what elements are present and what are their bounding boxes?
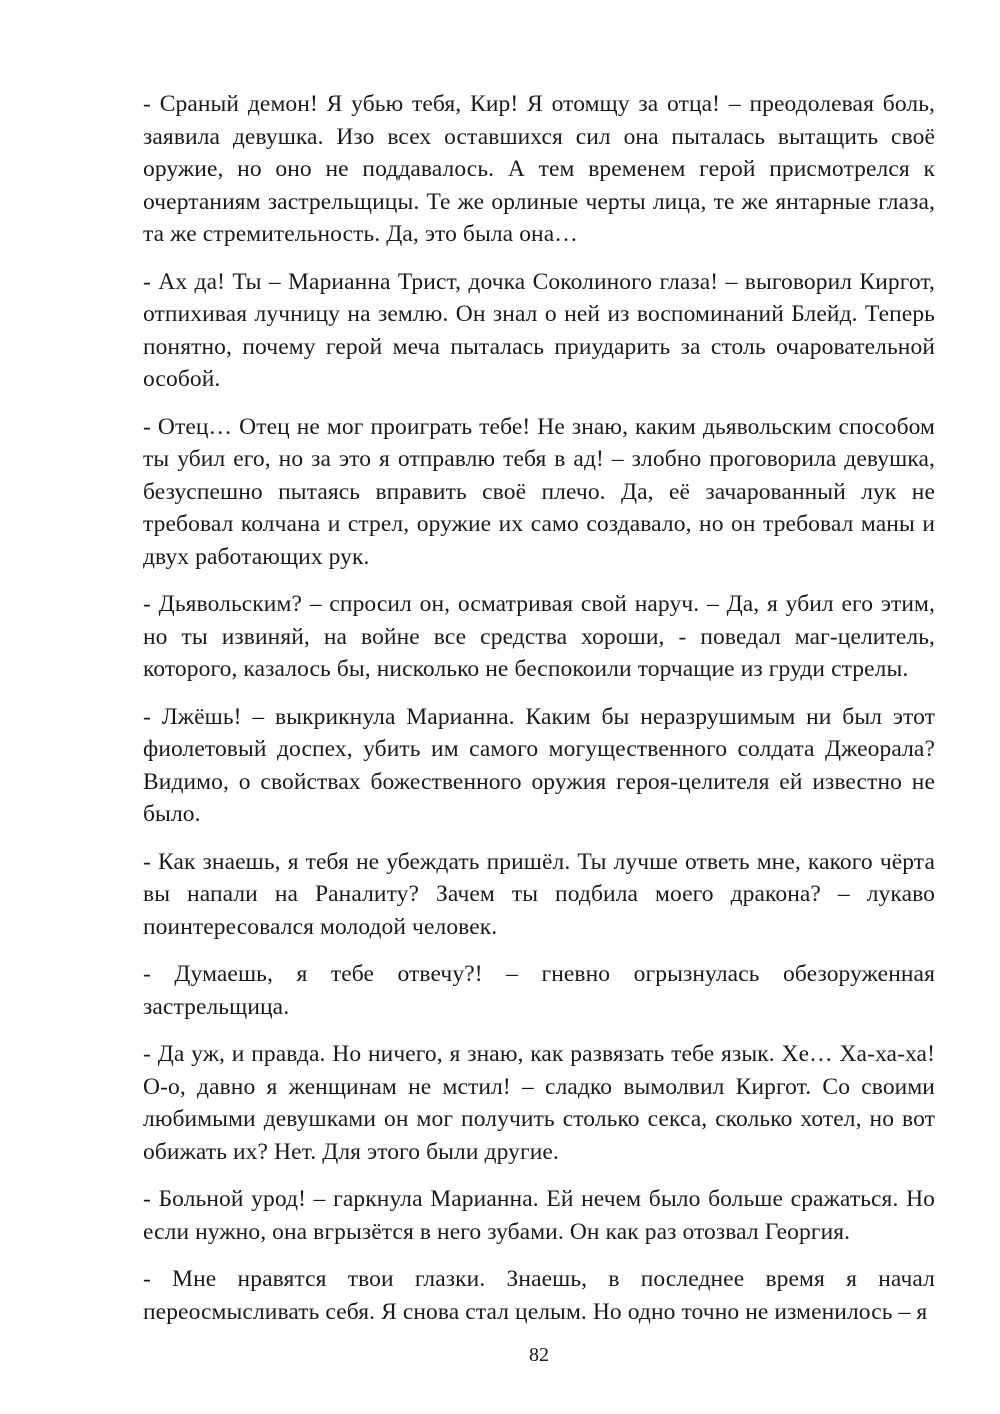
paragraph-10: - Мне нравятся твои глазки. Знаешь, в по…	[143, 1263, 935, 1328]
paragraph-7: - Думаешь, я тебе отвечу?! – гневно огры…	[143, 958, 935, 1023]
paragraph-4: - Дьявольским? – спросил он, осматривая …	[143, 588, 935, 686]
paragraph-3: - Отец… Отец не мог проиграть тебе! Не з…	[143, 411, 935, 574]
paragraph-2: - Ах да! Ты – Марианна Трист, дочка Соко…	[143, 266, 935, 396]
book-page: - Сраный демон! Я убью тебя, Кир! Я отом…	[0, 0, 1000, 1414]
paragraph-1: - Сраный демон! Я убью тебя, Кир! Я отом…	[143, 88, 935, 251]
paragraph-5: - Лжёшь! – выкрикнула Марианна. Каким бы…	[143, 701, 935, 831]
paragraph-8: - Да уж, и правда. Но ничего, я знаю, ка…	[143, 1038, 935, 1168]
page-text-block: - Сраный демон! Я убью тебя, Кир! Я отом…	[143, 88, 935, 1328]
page-number: 82	[529, 1344, 549, 1366]
page-footer: 82	[143, 1343, 935, 1367]
paragraph-6: - Как знаешь, я тебя не убеждать пришёл.…	[143, 846, 935, 944]
paragraph-9: - Больной урод! – гаркнула Марианна. Ей …	[143, 1183, 935, 1248]
